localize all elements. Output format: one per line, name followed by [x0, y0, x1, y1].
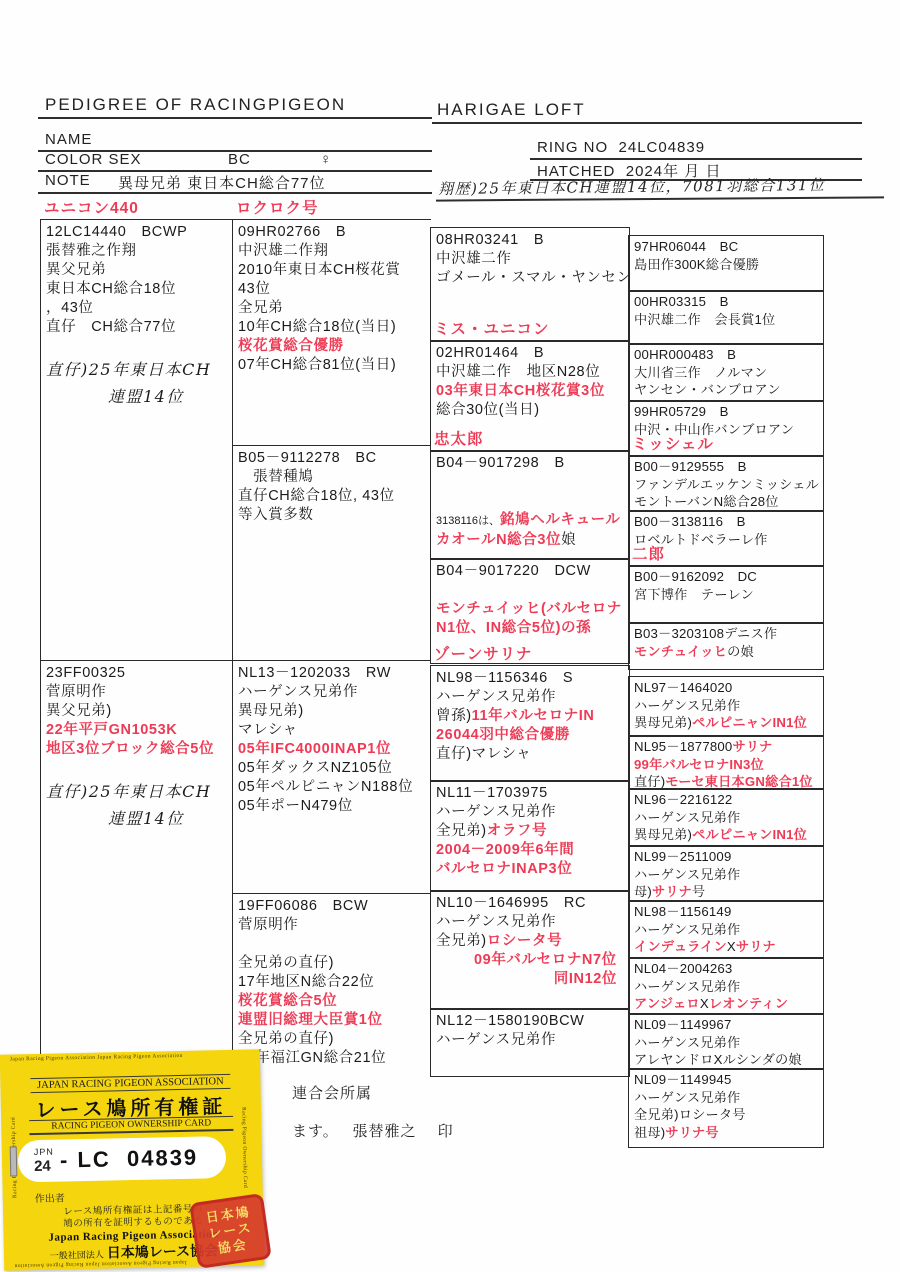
pedigree-line: 18年福江GN総合21位: [238, 1049, 429, 1068]
pedigree-line: 99HR05729 B: [634, 403, 821, 421]
pedigree-text-segment: モントーバンN総合28位: [634, 494, 779, 509]
pedigree-text-segment: 07年CH総合81位(当日): [238, 357, 396, 373]
pedigree-text-segment: ハーゲンス兄弟作: [436, 804, 556, 820]
pedigree-cell-sire: ユニコン44012LC14440 BCWP張替雅之作翔異父兄弟東日本CH総合18…: [40, 219, 233, 661]
ring-label: RING NO: [537, 139, 608, 156]
affiliation-text: 連合会所属: [292, 1082, 372, 1103]
pedigree-cell-g3-5: ゾーンサリナNL98－1156346 Sハーゲンス兄弟作曾孫)11年バルセロナI…: [430, 665, 630, 782]
pedigree-line: 連盟旧総理大臣賞1位: [238, 1011, 429, 1030]
pedigree-line: 05年ペルピニャンN188位: [238, 778, 429, 797]
pedigree-line: [436, 473, 627, 492]
pedigree-line: アンジェロXレオンティン: [634, 995, 821, 1013]
pedigree-text-segment: ヤンセン・バンブロアン: [634, 382, 781, 397]
note-label: NOTE: [45, 172, 91, 189]
pedigree-cell-g3-6: NL11－1703975ハーゲンス兄弟作全兄弟)オラフ号2004－2009年6年…: [430, 780, 630, 892]
pedigree-line: 地区3位ブロック総合5位: [46, 740, 231, 759]
pedigree-text-segment: 地区3位ブロック総合5位: [46, 741, 214, 757]
pedigree-cell-g4-1: 97HR06044 BC島田作300K総合優勝: [628, 235, 824, 292]
pedigree-line: 中沢雄二作 会長賞1位: [634, 311, 821, 329]
pedigree-text-segment: 直仔): [634, 774, 665, 789]
pedigree-line: 連盟14位: [46, 383, 231, 410]
pedigree-line: ハーゲンス兄弟作: [436, 913, 627, 932]
pedigree-text-segment: アンジェロ: [634, 996, 700, 1011]
pedigree-cell-text: B05－9112278 BC 張替種鳩直仔CH総合18位, 43位等入賞多数: [233, 446, 431, 525]
pedigree-line: 中沢雄二作翔: [238, 242, 429, 261]
pedigree-line: 菅原明作: [46, 683, 231, 702]
pedigree-line: 09HR02766 B: [238, 223, 429, 242]
pedigree-line: 島田作300K総合優勝: [634, 256, 821, 274]
pedigree-text-segment: 3138116は、: [436, 515, 500, 527]
pedigree-line: 中沢雄二作: [436, 250, 627, 269]
pedigree-text-segment: 張替雅之作翔: [46, 243, 137, 259]
pedigree-line: 全兄弟)ロシータ号: [436, 932, 627, 951]
pedigree-text-segment: 総合30位(当日): [436, 402, 540, 418]
pedigree-line: 直仔)25年東日本CH: [46, 356, 231, 383]
pigeon-name-label: ユニコン440: [44, 196, 139, 218]
pedigree-line: N1位、IN総合5位)の孫: [436, 619, 627, 638]
pedigree-line: モンチュイッヒ(バルセロナ: [436, 600, 627, 619]
pedigree-line: 05年IFC4000INAP1位: [238, 740, 429, 759]
pedigree-text-segment: 2004－2009年6年間: [436, 842, 574, 858]
pedigree-line: 直仔)25年東日本CH: [46, 778, 231, 805]
pedigree-text-segment: 直仔 CH総合77位: [46, 319, 176, 335]
pedigree-text-segment: 99年バルセロナIN3位: [634, 757, 764, 772]
pedigree-text-segment: モンチュイッヒ(バルセロナ: [436, 601, 622, 617]
pedigree-cell-text: B00－9162092 DC宮下博作 テーレン: [629, 566, 823, 603]
pedigree-line: ハーゲンス兄弟作: [634, 978, 821, 996]
pedigree-cell-text: NL10－1646995 RCハーゲンス兄弟作全兄弟)ロシータ号09年バルセロナ…: [431, 891, 629, 989]
pedigree-cell-text: B04－9017220 DCW モンチュイッヒ(バルセロナN1位、IN総合5位)…: [431, 559, 629, 638]
ring-number-pill: JPN 24 - LC 04839: [18, 1136, 227, 1182]
pedigree-text-segment: NL09－1149945: [634, 1072, 731, 1087]
pedigree-line: NL97－1464020: [634, 679, 821, 697]
pedigree-text-segment: B00－3138116 B: [634, 514, 746, 529]
pedigree-line: NL98－1156346 S: [436, 669, 627, 688]
pedigree-text-segment: 26044羽中総合優勝: [436, 727, 570, 743]
pedigree-text-segment: B00－9129555 B: [634, 459, 747, 474]
pedigree-line: NL98－1156149: [634, 903, 821, 921]
pedigree-line: アレヤンドロXルシンダの娘: [634, 1051, 821, 1069]
pedigree-line: 張替雅之作翔: [46, 242, 231, 261]
pedigree-line: ハーゲンス兄弟作: [634, 1089, 821, 1107]
pedigree-cell-g4-12: NL99－2511009ハーゲンス兄弟作母)サリナ号: [628, 845, 824, 902]
pedigree-line: モントーバンN総合28位: [634, 493, 821, 511]
pedigree-text-segment: 銘鳩ヘルキュール: [500, 512, 621, 528]
pedigree-line: 10年CH総合18位(当日): [238, 318, 429, 337]
pedigree-text-segment: 18年福江GN総合21位: [238, 1050, 386, 1066]
pedigree-line: 大川省三作 ノルマン: [634, 364, 821, 382]
pedigree-line: ハーゲンス兄弟作: [634, 697, 821, 715]
pedigree-text-segment: 異母兄弟): [634, 715, 692, 730]
pedigree-line: 05年ポーN479位: [238, 797, 429, 816]
pedigree-text-segment: ファンデルエッケンミッシェル: [634, 477, 819, 492]
pigeon-name-label: ミッシェル: [632, 432, 714, 454]
pedigree-cell-g4-9: NL97－1464020ハーゲンス兄弟作異母兄弟)ペルピニャンIN1位: [628, 676, 824, 737]
pedigree-line: [46, 759, 231, 778]
pedigree-text-segment: 大川省三作 ノルマン: [634, 365, 767, 380]
pedigree-line: 菅原明作: [238, 916, 429, 935]
pedigree-line: ハーゲンス兄弟作: [436, 688, 627, 707]
pedigree-cell-g4-8: B03－3203108デニス作モンチュイッヒの娘: [628, 622, 824, 670]
pedigree-cell-g3-8: NL12－1580190BCWハーゲンス兄弟作: [430, 1008, 630, 1077]
pedigree-line: 2004－2009年6年間: [436, 841, 627, 860]
pedigree-text-segment: サリナ号: [665, 1125, 718, 1140]
pedigree-cell-text: NL09－1149945ハーゲンス兄弟作全兄弟)ロシータ号祖母)サリナ号: [629, 1069, 823, 1141]
pedigree-text-segment: 母): [634, 884, 652, 899]
pedigree-line: 母)サリナ号: [634, 883, 821, 901]
pedigree-line: インデュラインXサリナ: [634, 938, 821, 956]
pedigree-line: ファンデルエッケンミッシェル: [634, 476, 821, 494]
pedigree-text-segment: 08HR03241 B: [436, 232, 544, 248]
pedigree-line: 19FF06086 BCW: [238, 897, 429, 916]
color-value: BC: [228, 151, 251, 168]
pedigree-line: 全兄弟: [238, 299, 429, 318]
pedigree-text-segment: ハーゲンス兄弟作: [238, 684, 358, 700]
pedigree-text-segment: 異父兄弟: [46, 262, 106, 278]
pedigree-line: 直仔CH総合18位, 43位: [238, 487, 429, 506]
pedigree-text-segment: B04－9017298 B: [436, 455, 565, 471]
pedigree-line: 22年平戸GN1053K: [46, 721, 231, 740]
pedigree-line: 連盟14位: [46, 805, 231, 832]
pedigree-line: 直仔 CH総合77位: [46, 318, 231, 337]
ring-value: 24LC04839: [619, 139, 706, 156]
pedigree-text-segment: 2010年東日本CH桜花賞: [238, 262, 401, 278]
pedigree-line: 異母兄弟)ペルピニャンIN1位: [634, 714, 821, 732]
pedigree-text-segment: ハーゲンス兄弟作: [436, 914, 556, 930]
pedigree-line: 曾孫)11年バルセロナIN: [436, 707, 627, 726]
pedigree-line: カオールN総合3位娘: [436, 531, 627, 550]
pigeon-name-label: ロクロク号: [236, 196, 319, 218]
pedigree-line: 全兄弟)ロシータ号: [634, 1106, 821, 1124]
pedigree-text-segment: バルセロナINAP3位: [436, 861, 572, 877]
pedigree-cell-text: 09HR02766 B中沢雄二作翔2010年東日本CH桜花賞43位全兄弟10年C…: [233, 220, 431, 375]
pedigree-cell-text: NL97－1464020ハーゲンス兄弟作異母兄弟)ペルピニャンIN1位: [629, 677, 823, 732]
pedigree-text-segment: カオールN総合3位: [436, 532, 561, 548]
handwritten-race-record: 翔歴)25年東日本CH連盟14位，7081羽総合131位: [438, 174, 826, 199]
pedigree-text-segment: ハーゲンス兄弟作: [634, 1090, 740, 1105]
pedigree-text-segment: ハーゲンス兄弟作: [436, 689, 556, 705]
pedigree-certificate-page: PEDIGREE OF RACINGPIGEON HARIGAE LOFT NA…: [0, 0, 900, 1272]
pedigree-text-segment: 同IN12位: [554, 971, 617, 987]
pedigree-text-segment: NL12－1580190BCW: [436, 1013, 584, 1029]
pigeon-name-label: 二郎: [632, 542, 665, 564]
pedigree-line: 05年ダックスNZ105位: [238, 759, 429, 778]
pedigree-text-segment: 全兄弟の直仔): [238, 955, 334, 971]
pedigree-text-segment: 異母兄弟): [634, 827, 692, 842]
card-edge-text-right: Racing Pigeon Ownership Card: [240, 1107, 248, 1198]
pedigree-text-segment: ハーゲンス兄弟作: [634, 810, 740, 825]
card-association-jp-prefix: 一般社団法人: [50, 1250, 104, 1261]
pedigree-cell-text: NL95－1877800サリナ99年バルセロナIN3位直仔)モーセ東日本GN総合…: [629, 736, 823, 791]
document-title: PEDIGREE OF RACINGPIGEON: [45, 95, 346, 115]
pedigree-text-segment: 19FF06086 BCW: [238, 898, 368, 914]
note-value: 異母兄弟 東日本CH総合77位: [118, 172, 326, 193]
pedigree-text-segment: 10年CH総合18位(当日): [238, 319, 396, 335]
pedigree-text-segment: 09年バルセロナN7位: [474, 952, 617, 968]
pedigree-text-segment: 09HR02766 B: [238, 224, 346, 240]
pedigree-line: 3138116は、銘鳩ヘルキュール: [436, 511, 627, 531]
pedigree-cell-g3-3: 忠太郎B04－9017298 B 3138116は、銘鳩ヘルキュールカオールN総…: [430, 450, 630, 560]
pedigree-line: ハーゲンス兄弟作: [634, 809, 821, 827]
pedigree-text-segment: NL99－2511009: [634, 849, 731, 864]
pedigree-line: B00－9129555 B: [634, 458, 821, 476]
color-sex-label: COLOR SEX: [45, 151, 142, 168]
pedigree-text-segment: 直仔)25年東日本CH: [46, 360, 211, 379]
pedigree-line: ハーゲンス兄弟作: [634, 921, 821, 939]
pedigree-cell-text: 19FF06086 BCW菅原明作 全兄弟の直仔)17年地区N総合22位桜花賞総…: [233, 894, 431, 1068]
pedigree-text-segment: 島田作300K総合優勝: [634, 257, 759, 272]
pedigree-text-segment: 直仔CH総合18位, 43位: [238, 488, 395, 504]
pedigree-text-segment: NL97－1464020: [634, 680, 732, 695]
pedigree-line: 23FF00325: [46, 664, 231, 683]
pedigree-cell-g4-15: NL09－1149967ハーゲンス兄弟作アレヤンドロXルシンダの娘: [628, 1013, 824, 1070]
pedigree-line: B04－9017298 B: [436, 454, 627, 473]
pedigree-line: ハーゲンス兄弟作: [436, 1031, 627, 1050]
pedigree-text-segment: 直仔)25年東日本CH: [46, 782, 211, 801]
pedigree-text-segment: 等入賞多数: [238, 507, 314, 523]
pedigree-text-segment: 17年地区N総合22位: [238, 974, 374, 990]
pedigree-line: マレシャ: [238, 721, 429, 740]
pedigree-line: NL12－1580190BCW: [436, 1012, 627, 1031]
pedigree-cell-text: NL12－1580190BCWハーゲンス兄弟作: [431, 1009, 629, 1050]
pedigree-line: 祖母)サリナ号: [634, 1124, 821, 1142]
pedigree-text-segment: 東日本CH総合18位: [46, 281, 176, 297]
pedigree-line: モンチュイッヒの娘: [634, 643, 821, 661]
red-seal-stamp: 日本鳩 レース 協会: [189, 1193, 272, 1269]
pedigree-cell-sire-sire: ロクロク号09HR02766 B中沢雄二作翔2010年東日本CH桜花賞43位全兄…: [232, 219, 431, 446]
ring-number-main: - LC 04839: [60, 1145, 199, 1174]
pedigree-line: 総合30位(当日): [436, 401, 627, 420]
pedigree-text-segment: 05年ポーN479位: [238, 798, 353, 814]
pedigree-line: 直仔)マレシャ: [436, 745, 627, 764]
pedigree-line: 全兄弟)オラフ号: [436, 822, 627, 841]
pedigree-cell-text: 97HR06044 BC島田作300K総合優勝: [629, 236, 823, 273]
pedigree-text-segment: ペルピニャンIN1位: [692, 827, 807, 842]
pedigree-cell-dam-sire: NL13－1202033 RWハーゲンス兄弟作異母兄弟)マレシャ05年IFC40…: [232, 660, 431, 894]
pedigree-text-segment: NL96－2216122: [634, 792, 732, 807]
pedigree-line: バルセロナINAP3位: [436, 860, 627, 879]
pedigree-line: 桜花賞総合5位: [238, 992, 429, 1011]
pedigree-text-segment: NL98－1156346 S: [436, 670, 573, 686]
pedigree-cell-g4-10: NL95－1877800サリナ99年バルセロナIN3位直仔)モーセ東日本GN総合…: [628, 735, 824, 790]
pedigree-cell-g3-7: NL10－1646995 RCハーゲンス兄弟作全兄弟)ロシータ号09年バルセロナ…: [430, 890, 630, 1010]
pedigree-line: 同IN12位: [436, 970, 627, 989]
pedigree-line: NL04－2004263: [634, 960, 821, 978]
racing-pigeon-ownership-card: Japan Racing Pigeon Association Japan Ra…: [0, 1049, 264, 1270]
pedigree-line: [238, 935, 429, 954]
pigeon-name-label: 忠太郎: [434, 427, 484, 449]
pedigree-cell-text: NL13－1202033 RWハーゲンス兄弟作異母兄弟)マレシャ05年IFC40…: [233, 661, 431, 816]
pedigree-line: 99年バルセロナIN3位: [634, 756, 821, 774]
pedigree-text-segment: 00HR000483 B: [634, 347, 736, 362]
pedigree-line: B04－9017220 DCW: [436, 562, 627, 581]
pedigree-text-segment: 全兄弟): [436, 933, 487, 949]
pedigree-text-segment: NL10－1646995 RC: [436, 895, 586, 911]
pedigree-cell-dam-dam: 19FF06086 BCW菅原明作 全兄弟の直仔)17年地区N総合22位桜花賞総…: [232, 893, 431, 1151]
pedigree-cell-text: 08HR03241 B中沢雄二作ゴメール・スマル・ヤンセン: [431, 228, 629, 288]
pedigree-line: ，43位: [46, 299, 231, 318]
pedigree-text-segment: ハーゲンス兄弟作: [436, 1032, 556, 1048]
pedigree-text-segment: 連盟旧総理大臣賞1位: [238, 1012, 383, 1028]
pedigree-text-segment: 00HR03315 B: [634, 294, 729, 309]
divider: [38, 192, 432, 194]
pedigree-text-segment: 桜花賞総合5位: [238, 993, 337, 1009]
pedigree-cell-text: 12LC14440 BCWP張替雅之作翔異父兄弟東日本CH総合18位，43位直仔…: [41, 220, 233, 410]
pedigree-text-segment: アレヤンドロXルシンダの娘: [634, 1052, 802, 1067]
pedigree-cell-text: NL11－1703975ハーゲンス兄弟作全兄弟)オラフ号2004－2009年6年…: [431, 781, 629, 879]
pedigree-text-segment: NL11－1703975: [436, 785, 548, 801]
pedigree-text-segment: 05年IFC4000INAP1位: [238, 741, 391, 757]
pedigree-text-segment: 祖母): [634, 1125, 665, 1140]
pedigree-text-segment: ，43位: [46, 300, 94, 316]
pedigree-text-segment: 桜花賞総合優勝: [238, 338, 344, 354]
pedigree-text-segment: 菅原明作: [238, 917, 298, 933]
divider: [38, 117, 432, 119]
pedigree-cell-text: NL96－2216122ハーゲンス兄弟作異母兄弟)ペルピニャンIN1位: [629, 789, 823, 844]
pedigree-line: 07年CH総合81位(当日): [238, 356, 429, 375]
pedigree-text-segment: オラフ号: [487, 823, 547, 839]
pedigree-text-segment: NL95－1877800: [634, 739, 732, 754]
pedigree-text-segment: 全兄弟)ロシータ号: [634, 1107, 746, 1122]
pedigree-line: 00HR000483 B: [634, 346, 821, 364]
pedigree-text-segment: B05－9112278 BC: [238, 450, 377, 466]
pedigree-line: ハーゲンス兄弟作: [634, 1034, 821, 1052]
pedigree-cell-text: NL04－2004263ハーゲンス兄弟作アンジェロXレオンティン: [629, 958, 823, 1013]
pedigree-text-segment: 05年ペルピニャンN188位: [238, 779, 413, 795]
pedigree-line: NL13－1202033 RW: [238, 664, 429, 683]
pedigree-line: 異父兄弟: [46, 261, 231, 280]
pedigree-text-segment: 中沢雄二作翔: [238, 243, 329, 259]
pedigree-cell-g4-14: NL04－2004263ハーゲンス兄弟作アンジェロXレオンティン: [628, 957, 824, 1015]
pedigree-text-segment: サリナ: [732, 739, 772, 754]
pedigree-text-segment: 22年平戸GN1053K: [46, 722, 177, 738]
pedigree-line: 東日本CH総合18位: [46, 280, 231, 299]
pedigree-text-segment: ペルピニャンIN1位: [692, 715, 807, 730]
card-edge-text-top: Japan Racing Pigeon Association Japan Ra…: [10, 1053, 183, 1063]
pedigree-text-segment: 03年東日本CH桜花賞3位: [436, 383, 605, 399]
pedigree-text-segment: 中沢雄二作 会長賞1位: [634, 312, 775, 327]
ring-year: 24: [34, 1159, 54, 1174]
pedigree-cell-text: 23FF00325菅原明作異父兄弟)22年平戸GN1053K地区3位ブロック総合…: [41, 661, 233, 832]
pedigree-text-segment: 全兄弟: [238, 300, 283, 316]
pedigree-cell-text: B04－9017298 B 3138116は、銘鳩ヘルキュールカオールN総合3位…: [431, 451, 629, 550]
pedigree-line: B00－3138116 B: [634, 513, 821, 531]
pedigree-cell-text: B00－9129555 BファンデルエッケンミッシェルモントーバンN総合28位: [629, 456, 823, 511]
pedigree-text-segment: ハーゲンス兄弟作: [634, 979, 740, 994]
pedigree-text-segment: 娘: [561, 532, 576, 548]
ring-country-code: JPN: [34, 1148, 54, 1157]
pedigree-line: 26044羽中総合優勝: [436, 726, 627, 745]
pedigree-text-segment: NL09－1149967: [634, 1017, 731, 1032]
pedigree-text-segment: 99HR05729 B: [634, 404, 729, 419]
pedigree-text-segment: 12LC14440 BCWP: [46, 224, 187, 240]
loft-name: HARIGAE LOFT: [437, 100, 586, 120]
sex-value: ♀: [320, 151, 332, 168]
pedigree-line: 09年バルセロナN7位: [436, 951, 627, 970]
ring-no: RING NO 24LC04839: [537, 139, 705, 156]
pedigree-line: NL96－2216122: [634, 791, 821, 809]
pedigree-line: B05－9112278 BC: [238, 449, 429, 468]
pedigree-text-segment: 中沢雄二作 地区N28位: [436, 364, 600, 380]
pedigree-text-segment: 中沢雄二作: [436, 251, 512, 267]
pedigree-cell-sire-dam: B05－9112278 BC 張替種鳩直仔CH総合18位, 43位等入賞多数: [232, 445, 431, 661]
divider: [432, 122, 862, 124]
pedigree-text-segment: 連盟14位: [108, 387, 184, 406]
pedigree-text-segment: 号: [692, 884, 705, 899]
pedigree-text-segment: の娘: [727, 644, 754, 659]
name-label: NAME: [45, 131, 92, 148]
ring-prefix-block: JPN 24: [34, 1148, 55, 1174]
pedigree-text-segment: ハーゲンス兄弟作: [634, 1035, 740, 1050]
pedigree-text-segment: 菅原明作: [46, 684, 106, 700]
pedigree-text-segment: 張替種鳩: [238, 469, 314, 485]
pedigree-line: ゴメール・スマル・ヤンセン: [436, 269, 627, 288]
pedigree-line: 97HR06044 BC: [634, 238, 821, 256]
pedigree-text-segment: インデュライン: [634, 939, 727, 954]
pedigree-text-segment: ハーゲンス兄弟作: [634, 867, 740, 882]
pedigree-text-segment: 43位: [238, 281, 270, 297]
pedigree-text-segment: X: [727, 939, 736, 954]
pedigree-text-segment: 97HR06044 BC: [634, 239, 738, 254]
pedigree-line: NL11－1703975: [436, 784, 627, 803]
pedigree-line: 等入賞多数: [238, 506, 429, 525]
pedigree-text-segment: 直仔)マレシャ: [436, 746, 531, 762]
pedigree-line: 17年地区N総合22位: [238, 973, 429, 992]
pedigree-line: NL09－1149967: [634, 1016, 821, 1034]
pedigree-cell-text: 00HR000483 B大川省三作 ノルマンヤンセン・バンブロアン: [629, 344, 823, 399]
pedigree-cell-g4-11: NL96－2216122ハーゲンス兄弟作異母兄弟)ペルピニャンIN1位: [628, 788, 824, 847]
pedigree-cell-g4-13: NL98－1156149ハーゲンス兄弟作インデュラインXサリナ: [628, 900, 824, 959]
pedigree-line: 全兄弟の直仔): [238, 954, 429, 973]
pedigree-text-segment: 異父兄弟): [46, 703, 112, 719]
pedigree-text-segment: NL13－1202033 RW: [238, 665, 391, 681]
pedigree-text-segment: 曾孫): [436, 708, 472, 724]
pedigree-text-segment: NL98－1156149: [634, 904, 731, 919]
pedigree-cell-text: NL09－1149967ハーゲンス兄弟作アレヤンドロXルシンダの娘: [629, 1014, 823, 1069]
pedigree-cell-text: B03－3203108デニス作モンチュイッヒの娘: [629, 623, 823, 660]
pedigree-line: ヤンセン・バンブロアン: [634, 381, 821, 399]
pedigree-text-segment: X: [700, 996, 709, 1011]
pedigree-line: [436, 492, 627, 511]
pedigree-text-segment: ゴメール・スマル・ヤンセン: [436, 270, 632, 286]
pedigree-cell-g4-2: 00HR03315 B中沢雄二作 会長賞1位: [628, 290, 824, 345]
pedigree-line: NL95－1877800サリナ: [634, 738, 821, 756]
pedigree-text-segment: NL04－2004263: [634, 961, 732, 976]
pigeon-name-label: ミス・ユニコン: [434, 317, 550, 339]
pedigree-text-segment: 02HR01464 B: [436, 345, 544, 361]
pedigree-text-segment: 11年バルセロナIN: [472, 708, 595, 724]
pedigree-line: 2010年東日本CH桜花賞: [238, 261, 429, 280]
pedigree-text-segment: サリナ: [652, 884, 692, 899]
pedigree-text-segment: B03－3203108デニス作: [634, 626, 777, 641]
pedigree-text-segment: N1位、IN総合5位)の孫: [436, 620, 591, 636]
pedigree-cell-g4-3: 00HR000483 B大川省三作 ノルマンヤンセン・バンブロアン: [628, 343, 824, 402]
pedigree-cell-text: NL98－1156149ハーゲンス兄弟作インデュラインXサリナ: [629, 901, 823, 956]
pedigree-cell-text: 02HR01464 B中沢雄二作 地区N28位03年東日本CH桜花賞3位総合30…: [431, 341, 629, 420]
pedigree-text-segment: ハーゲンス兄弟作: [634, 922, 740, 937]
pedigree-line: 08HR03241 B: [436, 231, 627, 250]
pedigree-cell-text: NL98－1156346 Sハーゲンス兄弟作曾孫)11年バルセロナIN26044…: [431, 666, 629, 764]
pedigree-line: ハーゲンス兄弟作: [436, 803, 627, 822]
pedigree-text-segment: ハーゲンス兄弟作: [634, 698, 740, 713]
pedigree-line: 全兄弟の直仔): [238, 1030, 429, 1049]
pedigree-line: 異母兄弟): [238, 702, 429, 721]
pedigree-cell-g4-16: NL09－1149945ハーゲンス兄弟作全兄弟)ロシータ号祖母)サリナ号: [628, 1068, 824, 1148]
pedigree-line: 02HR01464 B: [436, 344, 627, 363]
pedigree-line: [46, 337, 231, 356]
pedigree-text-segment: サリナ: [736, 939, 776, 954]
pedigree-line: NL10－1646995 RC: [436, 894, 627, 913]
